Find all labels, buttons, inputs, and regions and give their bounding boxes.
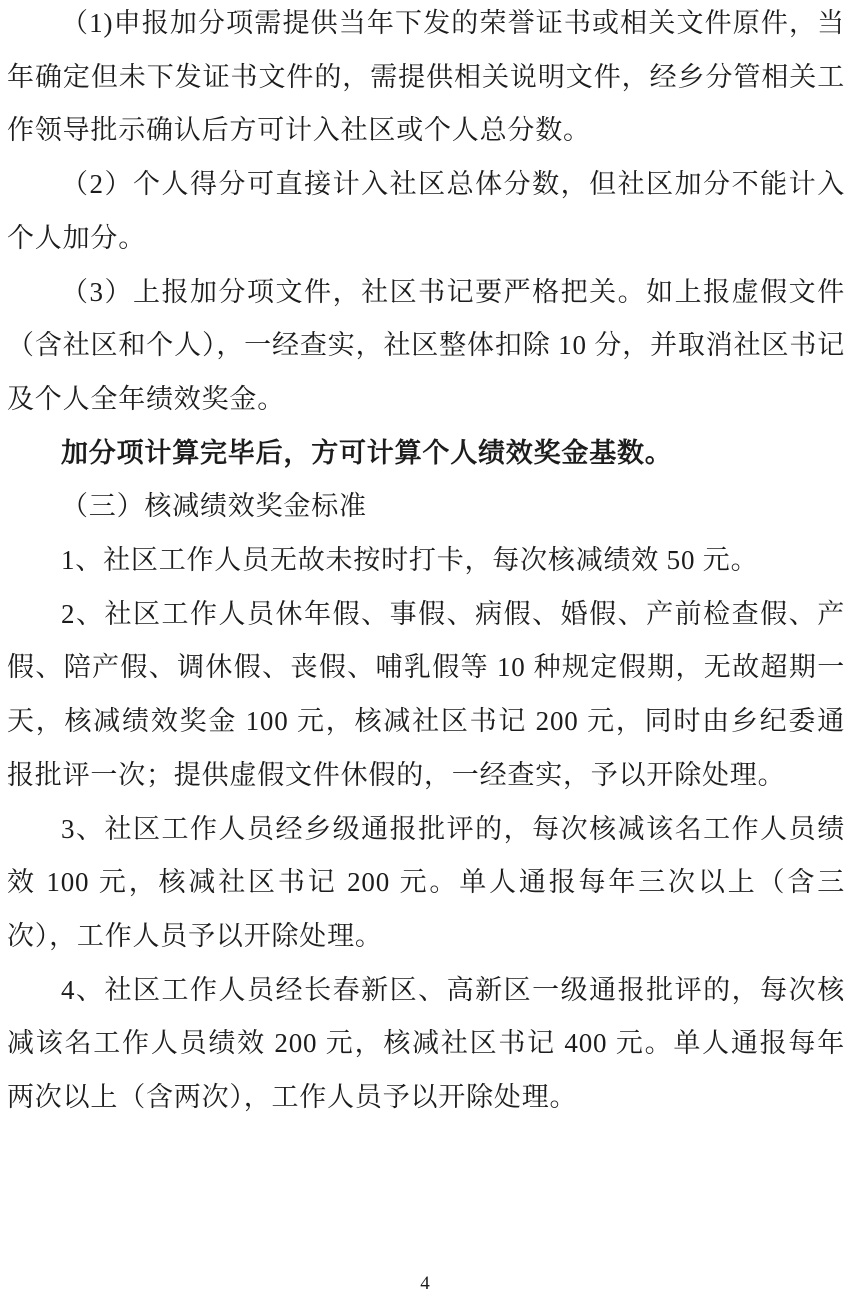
rule-item-1: 1、社区工作人员无故未按时打卡，每次核减绩效 50 元。 [7,534,845,588]
rule-item-3: 3、社区工作人员经乡级通报批评的，每次核减该名工作人员绩效 100 元，核减社区… [7,803,845,964]
clause-1: （1)申报加分项需提供当年下发的荣誉证书或相关文件原件，当年确定但未下发证书文件… [7,0,845,158]
rule-item-2: 2、社区工作人员休年假、事假、病假、婚假、产前检查假、产假、陪产假、调休假、丧假… [7,588,845,803]
page-number: 4 [0,1273,850,1295]
document-page: （1)申报加分项需提供当年下发的荣誉证书或相关文件原件，当年确定但未下发证书文件… [0,0,850,1305]
section-heading: （三）核减绩效奖金标准 [7,480,845,534]
rule-item-4: 4、社区工作人员经长春新区、高新区一级通报批评的，每次核减该名工作人员绩效 20… [7,964,845,1125]
emphasis-note: 加分项计算完毕后，方可计算个人绩效奖金基数。 [7,427,845,481]
clause-2: （2）个人得分可直接计入社区总体分数，但社区加分不能计入个人加分。 [7,158,845,265]
clause-3: （3）上报加分项文件，社区书记要严格把关。如上报虚假文件（含社区和个人），一经查… [7,266,845,427]
document-body: （1)申报加分项需提供当年下发的荣誉证书或相关文件原件，当年确定但未下发证书文件… [7,0,845,1125]
